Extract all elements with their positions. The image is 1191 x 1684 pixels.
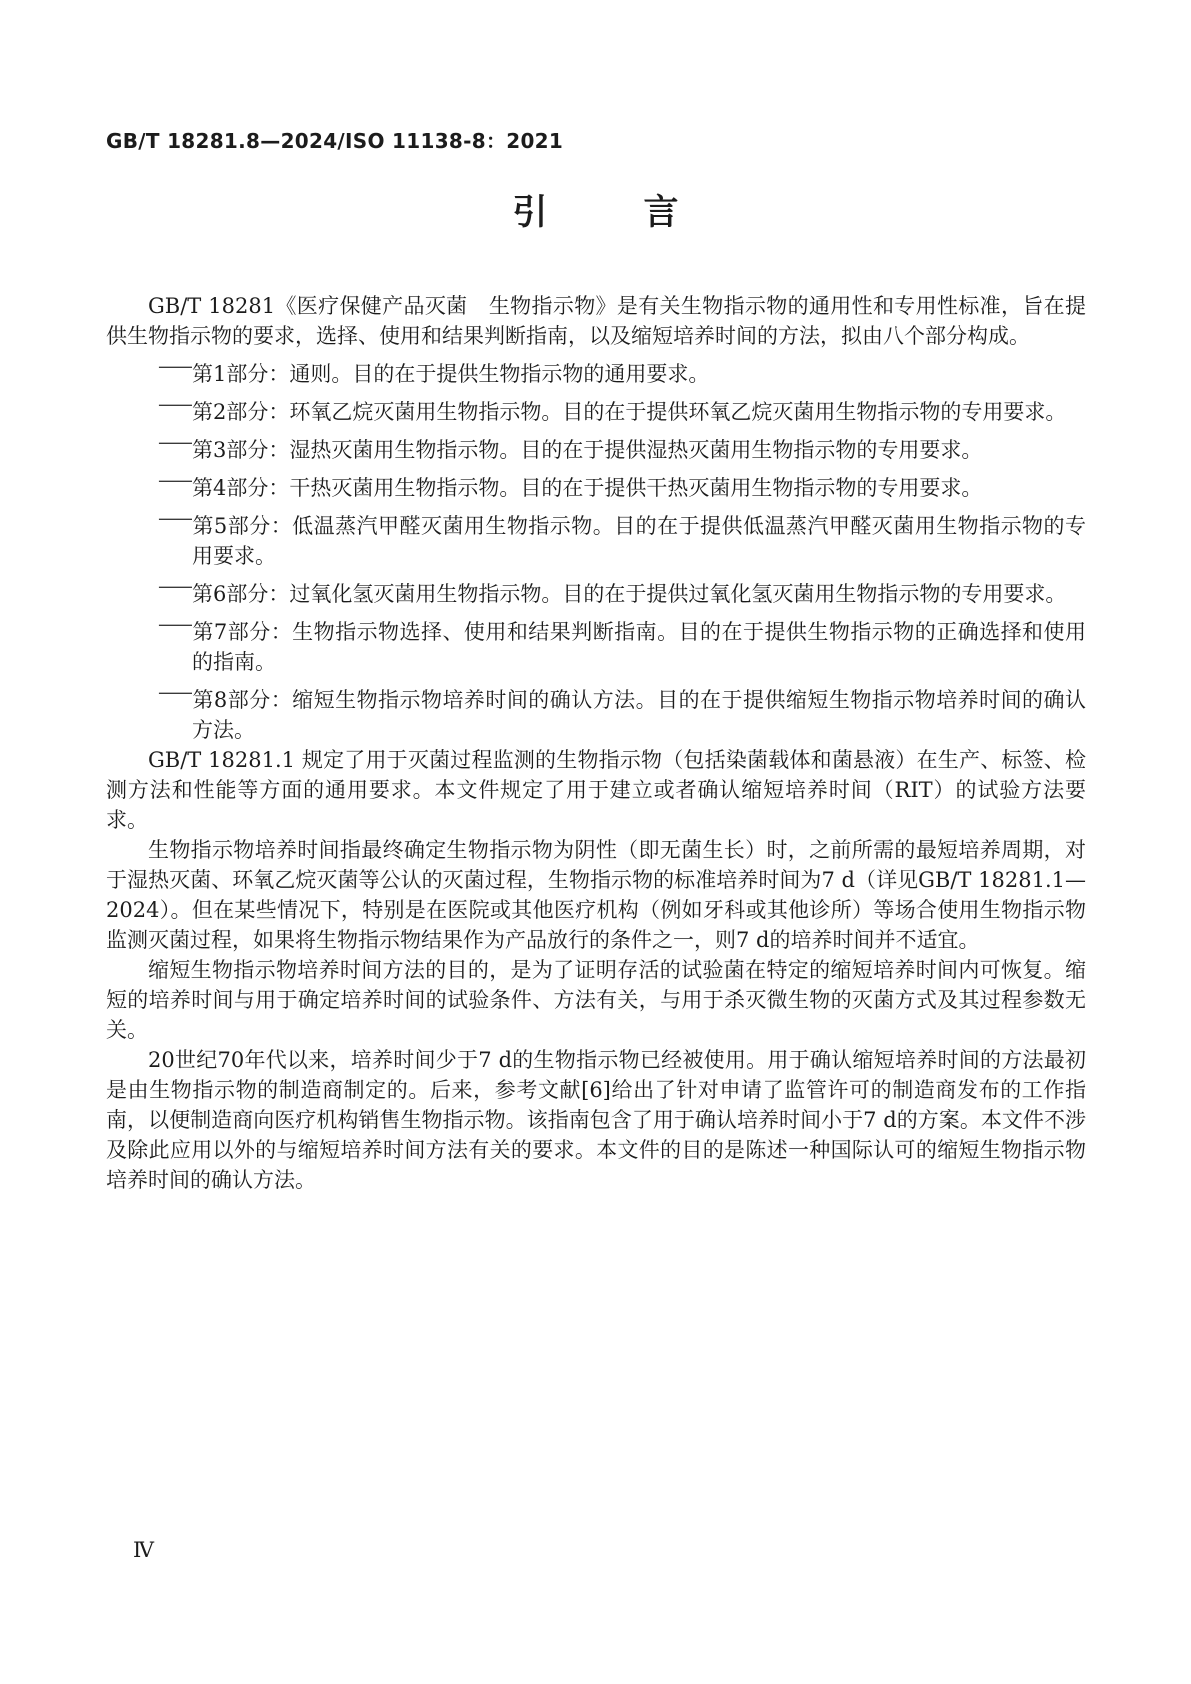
part-list-item-text: 第6部分：过氧化氢灭菌用生物指示物。目的在于提供过氧化氢灭菌用生物指示物的专用要… — [192, 582, 1066, 606]
list-dash: —— — [158, 571, 192, 601]
list-dash: —— — [158, 609, 192, 639]
list-dash: —— — [158, 389, 192, 419]
list-dash: —— — [158, 427, 192, 457]
document-title-char-right: 言 — [644, 193, 679, 233]
document-title: 引 言 — [0, 193, 1191, 233]
standard-number: GB/T 18281.8—2024/ISO 11138-8：2021 — [106, 125, 563, 154]
body-paragraph-1: GB/T 18281.1 规定了用于灭菌过程监测的生物指示物（包括染菌载体和菌悬… — [106, 745, 1086, 835]
part-list-item-text: 第5部分：低温蒸汽甲醛灭菌用生物指示物。目的在于提供低温蒸汽甲醛灭菌用生物指示物… — [192, 514, 1086, 568]
body-paragraph-4: 20世纪70年代以来，培养时间少于7 d的生物指示物已经被使用。用于确认缩短培养… — [106, 1045, 1086, 1195]
part-list-item-3: ——第3部分：湿热灭菌用生物指示物。目的在于提供湿热灭菌用生物指示物的专用要求。 — [106, 427, 1086, 465]
part-list-item-8: ——第8部分：缩短生物指示物培养时间的确认方法。目的在于提供缩短生物指示物培养时… — [106, 677, 1086, 745]
document-page: GB/T 18281.8—2024/ISO 11138-8：2021 引 言 G… — [0, 0, 1191, 1684]
part-list-item-6: ——第6部分：过氧化氢灭菌用生物指示物。目的在于提供过氧化氢灭菌用生物指示物的专… — [106, 571, 1086, 609]
list-dash: —— — [158, 503, 192, 533]
part-list-item-1: ——第1部分：通则。目的在于提供生物指示物的通用要求。 — [106, 351, 1086, 389]
list-dash: —— — [158, 351, 192, 381]
document-body: GB/T 18281《医疗保健产品灭菌 生物指示物》是有关生物指示物的通用性和专… — [106, 291, 1086, 1195]
part-list-item-text: 第1部分：通则。目的在于提供生物指示物的通用要求。 — [192, 362, 709, 386]
part-list-item-7: ——第7部分：生物指示物选择、使用和结果判断指南。目的在于提供生物指示物的正确选… — [106, 609, 1086, 677]
list-dash: —— — [158, 465, 192, 495]
part-list-item-text: 第3部分：湿热灭菌用生物指示物。目的在于提供湿热灭菌用生物指示物的专用要求。 — [192, 438, 982, 462]
part-list-item-text: 第8部分：缩短生物指示物培养时间的确认方法。目的在于提供缩短生物指示物培养时间的… — [192, 688, 1086, 742]
body-paragraph-2: 生物指示物培养时间指最终确定生物指示物为阴性（即无菌生长）时，之前所需的最短培养… — [106, 835, 1086, 955]
page-number: Ⅳ — [133, 1538, 154, 1562]
part-list-item-text: 第2部分：环氧乙烷灭菌用生物指示物。目的在于提供环氧乙烷灭菌用生物指示物的专用要… — [192, 400, 1066, 424]
list-dash: —— — [158, 677, 192, 707]
part-list-item-5: ——第5部分：低温蒸汽甲醛灭菌用生物指示物。目的在于提供低温蒸汽甲醛灭菌用生物指… — [106, 503, 1086, 571]
part-list-item-text: 第4部分：干热灭菌用生物指示物。目的在于提供干热灭菌用生物指示物的专用要求。 — [192, 476, 982, 500]
part-list-item-2: ——第2部分：环氧乙烷灭菌用生物指示物。目的在于提供环氧乙烷灭菌用生物指示物的专… — [106, 389, 1086, 427]
intro-paragraph: GB/T 18281《医疗保健产品灭菌 生物指示物》是有关生物指示物的通用性和专… — [106, 291, 1086, 351]
part-list-item-text: 第7部分：生物指示物选择、使用和结果判断指南。目的在于提供生物指示物的正确选择和… — [192, 620, 1086, 674]
part-list-item-4: ——第4部分：干热灭菌用生物指示物。目的在于提供干热灭菌用生物指示物的专用要求。 — [106, 465, 1086, 503]
body-paragraph-3: 缩短生物指示物培养时间方法的目的，是为了证明存活的试验菌在特定的缩短培养时间内可… — [106, 955, 1086, 1045]
document-title-char-left: 引 — [512, 193, 547, 233]
